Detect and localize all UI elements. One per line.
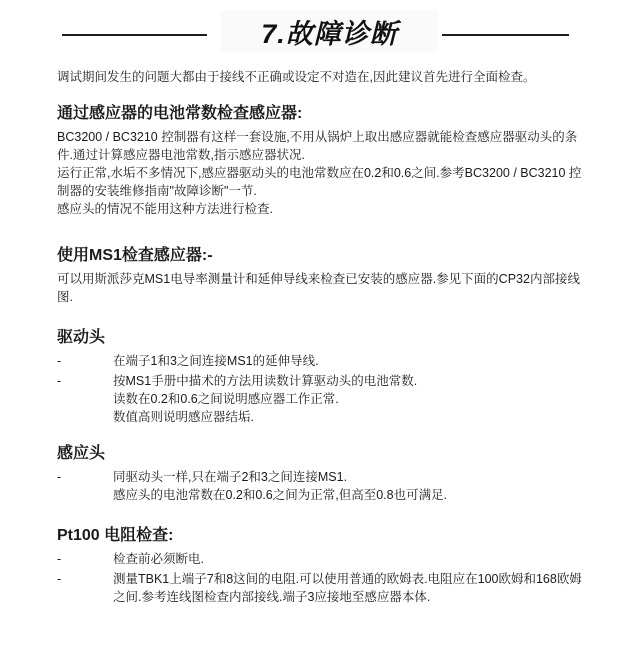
paragraph-line: 感应头的情况不能用这种方法进行检查. bbox=[57, 200, 575, 218]
bullet-line: 之间.参考连线图检查内部接线.端子3应接地至感应器本体. bbox=[113, 588, 575, 606]
bullet-line: 数值高则说明感应器结垢. bbox=[113, 408, 575, 426]
bullet-line: 同驱动头一样,只在端子2和3之间连接MS1. bbox=[113, 468, 575, 486]
bullet-text: 按MS1手册中描术的方法用读数计算驱动头的电池常数. 读数在0.2和0.6之间说… bbox=[113, 372, 575, 426]
document-page: 7.故障诊断 调试期间发生的问题大都由于接线不正确或设定不对造在,因此建议首先进… bbox=[0, 6, 625, 606]
page-title: 7.故障诊断 bbox=[261, 12, 398, 51]
bullet-text: 测量TBK1上端子7和8这间的电阻.可以使用普通的欧姆表.电阻应在100欧姆和1… bbox=[113, 570, 575, 606]
paragraph-line: 图. bbox=[57, 288, 575, 306]
bullet-line: 检查前必须断电. bbox=[113, 550, 575, 568]
bullet-line: 读数在0.2和0.6之间说明感应器工作正常. bbox=[113, 390, 575, 408]
bullet-dash: - bbox=[57, 570, 113, 588]
bullet-item: - 按MS1手册中描术的方法用读数计算驱动头的电池常数. 读数在0.2和0.6之… bbox=[57, 372, 575, 426]
paragraph-line: 运行正常,水垢不多情况下,感应器驱动头的电池常数应在0.2和0.6之间.参考BC… bbox=[57, 164, 575, 182]
bullet-dash: - bbox=[57, 550, 113, 568]
section-heading: 驱动头 bbox=[57, 328, 575, 348]
bullet-item: - 同驱动头一样,只在端子2和3之间连接MS1. 感应头的电池常数在0.2和0.… bbox=[57, 468, 575, 504]
section-heading: 使用MS1检查感应器:- bbox=[57, 246, 575, 266]
section-heading: 通过感应器的电池常数检查感应器: bbox=[57, 104, 575, 124]
section-pt100-resistance-check: Pt100 电阻检查: - 检查前必须断电. - 测量TBK1上端子7和8这间的… bbox=[57, 526, 575, 606]
section-heading: 感应头 bbox=[57, 444, 575, 464]
paragraph-line: 件.通过计算感应器电池常数,指示感应器状况. bbox=[57, 146, 575, 164]
bullet-line: 感应头的电池常数在0.2和0.6之间为正常,但高至0.8也可满足. bbox=[113, 486, 575, 504]
document-body: 调试期间发生的问题大都由于接线不正确或设定不对造在,因此建议首先进行全面检查。 … bbox=[0, 68, 625, 606]
bullet-text: 检查前必须断电. bbox=[113, 550, 575, 568]
bullet-line: 在端子1和3之间连接MS1的延伸导线. bbox=[113, 352, 575, 370]
section-drive-head: 驱动头 - 在端子1和3之间连接MS1的延伸导线. - 按MS1手册中描术的方法… bbox=[57, 328, 575, 426]
bullet-item: - 在端子1和3之间连接MS1的延伸导线. bbox=[57, 352, 575, 370]
title-rule-left bbox=[62, 34, 207, 36]
bullet-line: 按MS1手册中描术的方法用读数计算驱动头的电池常数. bbox=[113, 372, 575, 390]
title-banner: 7.故障诊断 bbox=[0, 6, 625, 56]
bullet-line: 测量TBK1上端子7和8这间的电阻.可以使用普通的欧姆表.电阻应在100欧姆和1… bbox=[113, 570, 575, 588]
paragraph-line: BC3200 / BC3210 控制器有这样一套设施,不用从锅炉上取出感应器就能… bbox=[57, 128, 575, 146]
paragraph-line: 可以用斯派莎克MS1电导率测量计和延伸导线来检查已安装的感应器.参见下面的CP3… bbox=[57, 270, 575, 288]
bullet-item: - 检查前必须断电. bbox=[57, 550, 575, 568]
section-ms1-check: 使用MS1检查感应器:- 可以用斯派莎克MS1电导率测量计和延伸导线来检查已安装… bbox=[57, 246, 575, 306]
bullet-text: 同驱动头一样,只在端子2和3之间连接MS1. 感应头的电池常数在0.2和0.6之… bbox=[113, 468, 575, 504]
intro-paragraph: 调试期间发生的问题大都由于接线不正确或设定不对造在,因此建议首先进行全面检查。 bbox=[57, 68, 575, 86]
bullet-text: 在端子1和3之间连接MS1的延伸导线. bbox=[113, 352, 575, 370]
section-heading: Pt100 电阻检查: bbox=[57, 526, 575, 546]
paragraph-line: 制器的安装维修指南"故障诊断"一节. bbox=[57, 182, 575, 200]
title-rule-right bbox=[442, 34, 569, 36]
section-battery-constant-check: 通过感应器的电池常数检查感应器: BC3200 / BC3210 控制器有这样一… bbox=[57, 104, 575, 218]
section-sensor-head: 感应头 - 同驱动头一样,只在端子2和3之间连接MS1. 感应头的电池常数在0.… bbox=[57, 444, 575, 504]
bullet-dash: - bbox=[57, 372, 113, 390]
bullet-dash: - bbox=[57, 352, 113, 370]
bullet-dash: - bbox=[57, 468, 113, 486]
title-box: 7.故障诊断 bbox=[221, 11, 438, 52]
bullet-item: - 测量TBK1上端子7和8这间的电阻.可以使用普通的欧姆表.电阻应在100欧姆… bbox=[57, 570, 575, 606]
